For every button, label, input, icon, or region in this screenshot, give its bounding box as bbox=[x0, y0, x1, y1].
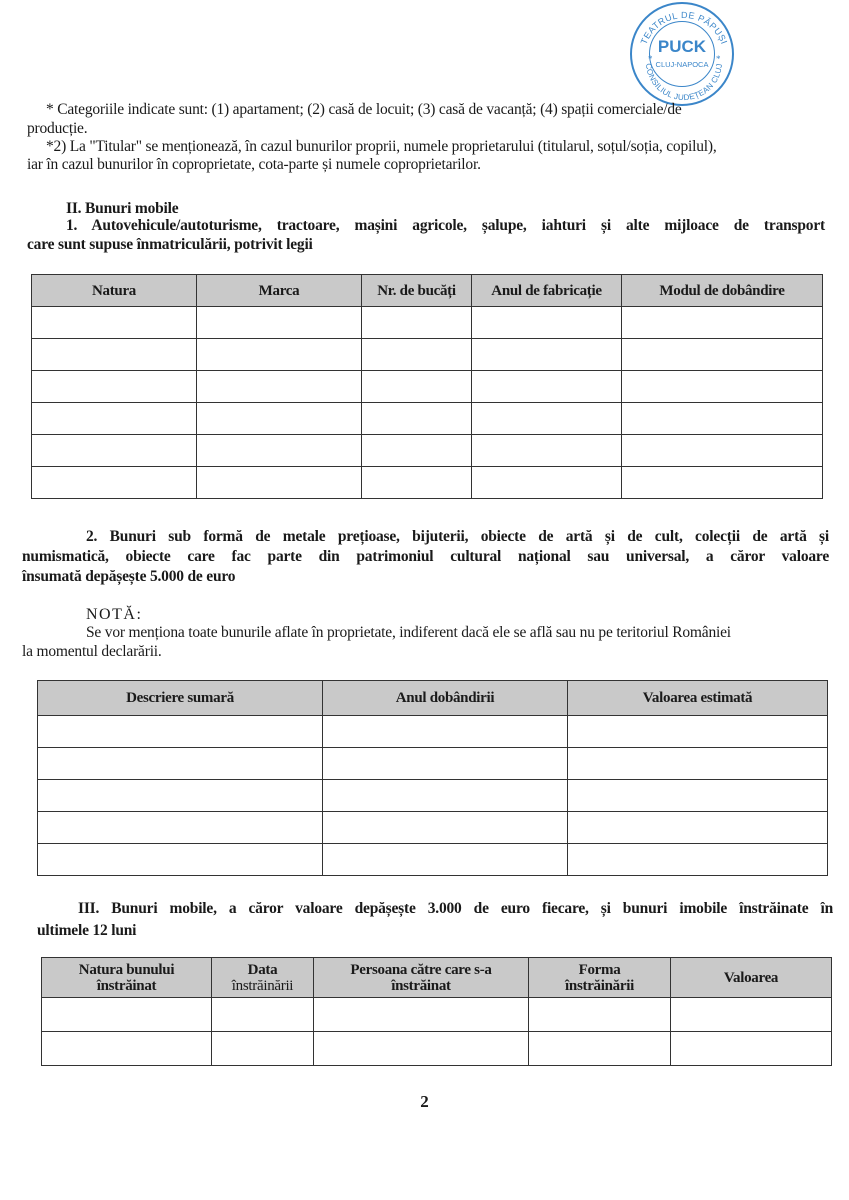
table-cell[interactable] bbox=[323, 780, 568, 812]
table-cell[interactable] bbox=[568, 844, 828, 876]
table-cell[interactable] bbox=[568, 812, 828, 844]
table-cell[interactable] bbox=[197, 467, 362, 499]
vehicles-table: Natura Marca Nr. de bucăți Anul de fabri… bbox=[31, 274, 823, 499]
alienated-assets-table: Natura bunuluiînstrăinatDataînstrăinării… bbox=[41, 957, 832, 1066]
table-cell[interactable] bbox=[671, 998, 832, 1032]
table-cell[interactable] bbox=[197, 371, 362, 403]
subsection-1-title-line1: 1. Autovehicule/autoturisme, tractoare, … bbox=[66, 217, 825, 235]
table-cell[interactable] bbox=[362, 403, 472, 435]
table-cell[interactable] bbox=[32, 467, 197, 499]
subsection-2-title-line2: numismatică, obiecte care fac parte din … bbox=[22, 548, 829, 566]
table-row bbox=[32, 307, 823, 339]
page-number: 2 bbox=[0, 1092, 849, 1112]
table-row bbox=[32, 371, 823, 403]
table-row bbox=[38, 780, 828, 812]
table-row bbox=[42, 998, 832, 1032]
table-cell[interactable] bbox=[529, 998, 671, 1032]
table-cell[interactable] bbox=[568, 780, 828, 812]
table-cell[interactable] bbox=[472, 339, 622, 371]
table-row bbox=[42, 1032, 832, 1066]
table-cell[interactable] bbox=[197, 307, 362, 339]
nota-line1: Se vor menționa toate bunurile aflate în… bbox=[86, 624, 831, 642]
table-cell[interactable] bbox=[38, 716, 323, 748]
table-cell[interactable] bbox=[472, 435, 622, 467]
header-line: Valoarea bbox=[671, 970, 831, 986]
table-row bbox=[32, 403, 823, 435]
table-row bbox=[32, 435, 823, 467]
col-anul-fabricatie: Anul de fabricație bbox=[472, 275, 622, 307]
table-cell[interactable] bbox=[42, 1032, 212, 1066]
col-nr-bucati: Nr. de bucăți bbox=[362, 275, 472, 307]
header-line: Persoana către care s-a bbox=[314, 962, 528, 978]
table-cell[interactable] bbox=[472, 403, 622, 435]
header-line: înstrăinării bbox=[529, 978, 670, 994]
table-cell[interactable] bbox=[362, 307, 472, 339]
table-cell[interactable] bbox=[622, 467, 823, 499]
table-cell[interactable] bbox=[671, 1032, 832, 1066]
table-cell[interactable] bbox=[197, 435, 362, 467]
table-cell[interactable] bbox=[314, 998, 529, 1032]
header-line: Data bbox=[212, 962, 313, 978]
table-row bbox=[38, 844, 828, 876]
subsection-2-title-line3: însumată depășește 5.000 de euro bbox=[22, 568, 235, 586]
section-ii-title: II. Bunuri mobile bbox=[66, 200, 178, 218]
valuables-table: Descriere sumară Anul dobândirii Valoare… bbox=[37, 680, 828, 876]
table-cell[interactable] bbox=[212, 1032, 314, 1066]
table-cell[interactable] bbox=[362, 371, 472, 403]
table-row bbox=[38, 748, 828, 780]
col-valoarea: Valoarea bbox=[671, 958, 832, 998]
nota-label: NOTĂ: bbox=[86, 606, 142, 624]
note-titular-line2: iar în cazul bunurilor în coproprietate,… bbox=[27, 156, 481, 174]
nota-line2: la momentul declarării. bbox=[22, 643, 162, 661]
table-cell[interactable] bbox=[323, 716, 568, 748]
col-forma-instrainarii: Formaînstrăinării bbox=[529, 958, 671, 998]
table-cell[interactable] bbox=[323, 748, 568, 780]
table-cell[interactable] bbox=[38, 812, 323, 844]
table-cell[interactable] bbox=[622, 307, 823, 339]
table-cell[interactable] bbox=[622, 371, 823, 403]
table-cell[interactable] bbox=[197, 403, 362, 435]
table-cell[interactable] bbox=[314, 1032, 529, 1066]
note-titular-line1: *2) La "Titular" se menționează, în cazu… bbox=[46, 138, 846, 156]
col-modul-dobandire: Modul de dobândire bbox=[622, 275, 823, 307]
table-cell[interactable] bbox=[362, 435, 472, 467]
alienated-table-header: Natura bunuluiînstrăinatDataînstrăinării… bbox=[42, 958, 832, 998]
table-cell[interactable] bbox=[472, 467, 622, 499]
table-cell[interactable] bbox=[38, 780, 323, 812]
table-cell[interactable] bbox=[622, 339, 823, 371]
table-cell[interactable] bbox=[197, 339, 362, 371]
institution-stamp: TEATRUL DE PĂPUȘI CONSILIUL JUDEȚEAN CLU… bbox=[630, 2, 734, 106]
section-iii-title-line2: ultimele 12 luni bbox=[37, 922, 136, 940]
header-line: Natura bunului bbox=[42, 962, 211, 978]
table-cell[interactable] bbox=[323, 812, 568, 844]
table-cell[interactable] bbox=[622, 403, 823, 435]
col-descriere-sumara: Descriere sumară bbox=[38, 681, 323, 716]
col-valoarea-estimata: Valoarea estimată bbox=[568, 681, 828, 716]
table-cell[interactable] bbox=[529, 1032, 671, 1066]
table-cell[interactable] bbox=[568, 748, 828, 780]
table-cell[interactable] bbox=[42, 998, 212, 1032]
table-cell[interactable] bbox=[472, 307, 622, 339]
table-cell[interactable] bbox=[32, 435, 197, 467]
col-data-instrainarii: Dataînstrăinării bbox=[212, 958, 314, 998]
col-marca: Marca bbox=[197, 275, 362, 307]
table-cell[interactable] bbox=[38, 748, 323, 780]
table-cell[interactable] bbox=[323, 844, 568, 876]
note-categories-line2: producție. bbox=[27, 120, 87, 138]
stamp-name: PUCK bbox=[632, 37, 732, 57]
col-anul-dobandirii: Anul dobândirii bbox=[323, 681, 568, 716]
header-line: înstrăinat bbox=[42, 978, 211, 994]
table-cell[interactable] bbox=[362, 467, 472, 499]
table-cell[interactable] bbox=[32, 307, 197, 339]
table-row bbox=[38, 716, 828, 748]
subsection-1-title-line2: care sunt supuse înmatriculării, potrivi… bbox=[27, 236, 313, 254]
table-cell[interactable] bbox=[568, 716, 828, 748]
subsection-2-title-line1: 2. Bunuri sub formă de metale prețioase,… bbox=[86, 528, 829, 546]
header-line: înstrăinării bbox=[212, 978, 313, 994]
table-cell[interactable] bbox=[38, 844, 323, 876]
table-cell[interactable] bbox=[32, 403, 197, 435]
table-row bbox=[32, 467, 823, 499]
header-line: Forma bbox=[529, 962, 670, 978]
table-row bbox=[38, 812, 828, 844]
table-cell[interactable] bbox=[32, 371, 197, 403]
table-row bbox=[32, 339, 823, 371]
table-cell[interactable] bbox=[362, 339, 472, 371]
table-cell[interactable] bbox=[32, 339, 197, 371]
section-iii-title-line1: III. Bunuri mobile, a căror valoare depă… bbox=[78, 900, 833, 918]
vehicles-table-header: Natura Marca Nr. de bucăți Anul de fabri… bbox=[32, 275, 823, 307]
valuables-table-header: Descriere sumară Anul dobândirii Valoare… bbox=[38, 681, 828, 716]
table-cell[interactable] bbox=[212, 998, 314, 1032]
stamp-city: CLUJ-NAPOCA bbox=[632, 60, 732, 69]
table-cell[interactable] bbox=[472, 371, 622, 403]
col-natura-bunului: Natura bunuluiînstrăinat bbox=[42, 958, 212, 998]
col-persoana: Persoana către care s-aînstrăinat bbox=[314, 958, 529, 998]
header-line: înstrăinat bbox=[314, 978, 528, 994]
note-categories-line1: * Categoriile indicate sunt: (1) apartam… bbox=[46, 101, 832, 119]
col-natura: Natura bbox=[32, 275, 197, 307]
table-cell[interactable] bbox=[622, 435, 823, 467]
